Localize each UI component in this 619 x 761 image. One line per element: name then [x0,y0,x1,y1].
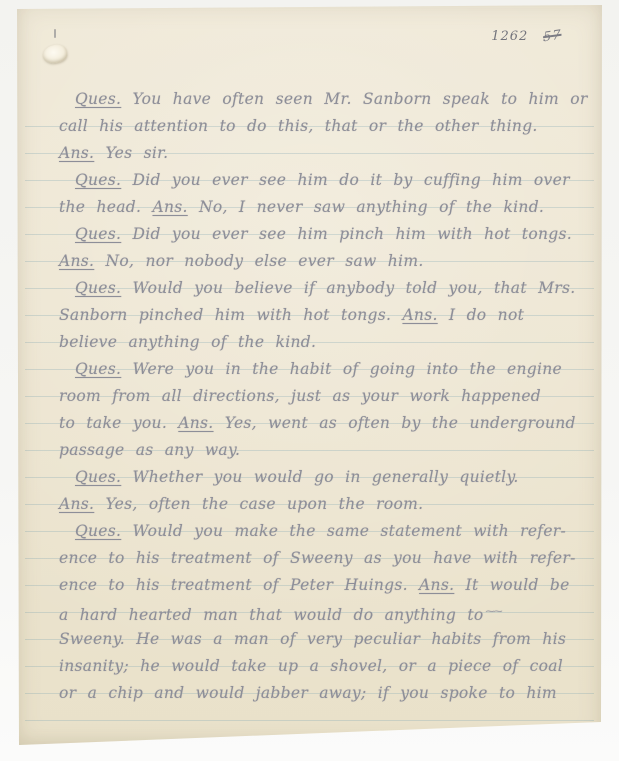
qa-marker: Ans. [152,198,187,216]
line-text: call his attention to do this, that or t… [59,117,538,135]
manuscript-line: call his attention to do this, that or t… [59,113,566,140]
qa-marker: Ans. [59,144,94,162]
qa-marker: Ans. [402,306,437,324]
qa-marker: Ans. [419,576,454,594]
qa-marker: Ans. [59,252,94,270]
line-text: room from all directions, just as your w… [59,387,541,405]
line-text: Yes, went as often by the underground [214,414,576,432]
line-text: Did you ever see him pinch him with hot … [121,225,572,243]
manuscript-paper: 1262 57 Ques. You have often seen Mr. Sa… [17,5,602,747]
line-text: Yes sir. [94,144,168,162]
line-text: the head. [59,198,152,216]
line-text: I do not [438,306,524,324]
manuscript-line: Ans. Yes sir. [59,140,566,167]
qa-marker: Ques. [75,522,121,540]
manuscript-line: ence to his treatment of Peter Huings. A… [59,572,566,599]
qa-marker: Ques. [75,90,121,108]
line-text: Whether you would go in generally quietl… [121,468,518,486]
manuscript-line: or a chip and would jabber away; if you … [59,680,566,707]
manuscript-line: Ques. Would you believe if anybody told … [59,275,566,302]
manuscript-line: the head. Ans. No, I never saw anything … [59,194,566,221]
line-text: insanity; he would take up a shovel, or … [59,657,563,675]
line-text: believe anything of the kind. [59,333,316,351]
pencil-tick-mark [54,29,56,38]
manuscript-line: Ques. You have often seen Mr. Sanborn sp… [59,86,566,113]
line-text: ence to his treatment of Peter Huings. [59,576,419,594]
line-text: Were you in the habit of going into the … [121,360,562,378]
page-number-current: 1262 [491,29,528,44]
qa-marker: Ques. [75,468,121,486]
line-text: to take you. [59,414,178,432]
manuscript-line: Ans. No, nor nobody else ever saw him. [59,248,566,275]
scanned-page-background: 1262 57 Ques. You have often seen Mr. Sa… [0,0,619,761]
qa-marker: Ques. [75,279,121,297]
manuscript-line: Ques. Did you ever see him pinch him wit… [59,221,566,248]
line-text: a hard hearted man that would do anythin… [59,606,483,624]
manuscript-line: a hard hearted man that would do anythin… [59,599,566,626]
manuscript-line: Ques. Were you in the habit of going int… [59,356,566,383]
manuscript-line: Ques. Did you ever see him do it by cuff… [59,167,566,194]
line-text: You have often seen Mr. Sanborn speak to… [121,90,587,108]
qa-marker: Ques. [75,171,121,189]
manuscript-line: Sweeny. He was a man of very peculiar ha… [59,626,566,653]
line-text: Did you ever see him do it by cuffing hi… [121,171,570,189]
qa-marker: Ans. [178,414,213,432]
manuscript-line: insanity; he would take up a shovel, or … [59,653,566,680]
qa-marker: Ans. [59,495,94,513]
manuscript-line: Ans. Yes, often the case upon the room. [59,491,566,518]
page-number-struck-out: 57 [544,28,562,46]
line-text: Yes, often the case upon the room. [94,495,423,513]
manuscript-line: Sanborn pinched him with hot tongs. Ans.… [59,302,566,329]
line-text: ence to his treatment of Sweeny as you h… [59,549,576,567]
line-text: No, I never saw anything of the kind. [188,198,544,216]
pin-hole-icon [41,43,68,66]
manuscript-line: ence to his treatment of Sweeny as you h… [59,545,566,572]
line-text: Would you make the same statement with r… [121,522,566,540]
line-text: It would be [454,576,569,594]
inserted-word-scribble: ⁓⁓ [485,599,501,626]
manuscript-line: room from all directions, just as your w… [59,383,566,410]
line-text: passage as any way. [59,441,240,459]
manuscript-line: Ques. Would you make the same statement … [59,518,566,545]
line-text: No, nor nobody else ever saw him. [94,252,423,270]
handwritten-text-block: Ques. You have often seen Mr. Sanborn sp… [59,86,566,707]
manuscript-line: Ques. Whether you would go in generally … [59,464,566,491]
manuscript-line: passage as any way. [59,437,566,464]
line-text: Sweeny. He was a man of very peculiar ha… [59,630,566,648]
manuscript-line: to take you. Ans. Yes, went as often by … [59,410,566,437]
line-text: Sanborn pinched him with hot tongs. [59,306,402,324]
page-number: 1262 57 [491,29,562,44]
qa-marker: Ques. [75,360,121,378]
line-text: Would you believe if anybody told you, t… [121,279,575,297]
manuscript-line: believe anything of the kind. [59,329,566,356]
qa-marker: Ques. [75,225,121,243]
line-text: or a chip and would jabber away; if you … [59,684,557,702]
